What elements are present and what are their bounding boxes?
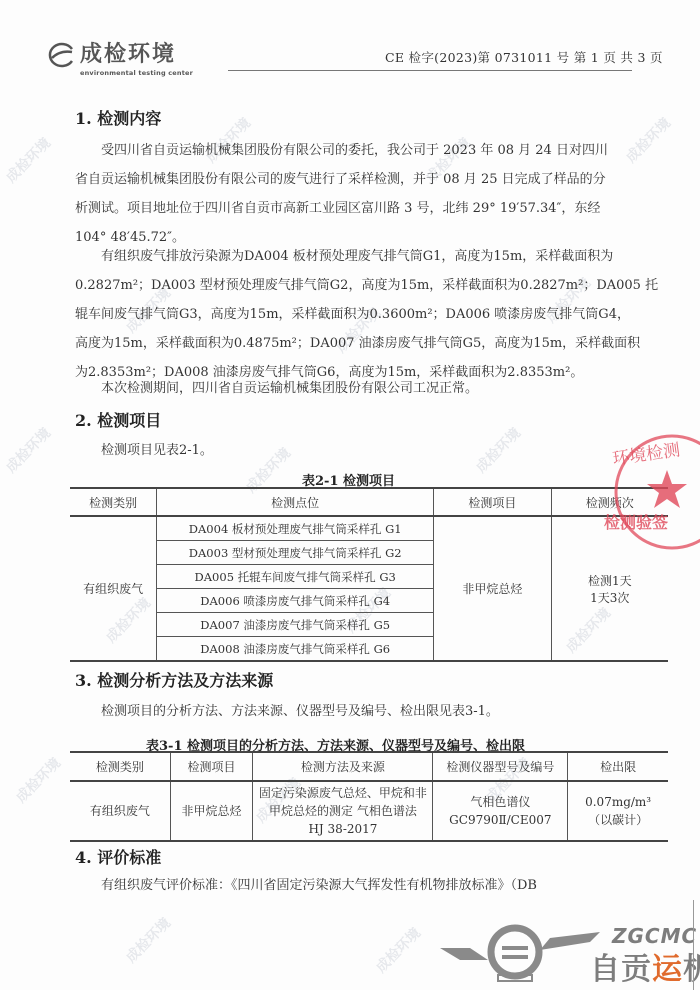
table-3-1: 检测类别 检测项目 检测方法及来源 检测仪器型号及编号 检出限 有组织废气 非甲… — [70, 751, 668, 842]
table-header-row: 检测类别 检测点位 检测项目 检测频次 — [70, 488, 668, 516]
watermark: 成检环境 — [1, 423, 55, 477]
point-cell: DA003 型材预处理废气排气筒采样孔 G2 — [157, 541, 434, 565]
report-number: CE 检字(2023)第 0731011 号 第 1 页 共 3 页 — [385, 48, 663, 66]
company-logo: 成检环境 environmental testing center — [46, 40, 186, 80]
header-divider — [228, 70, 632, 71]
text-line: 高度为15m，采样截面积为0.4875m²；DA007 油漆房废气排气筒G5，高… — [75, 329, 635, 358]
frequency-line: 1天3次 — [556, 589, 664, 606]
section-3-title: 3. 检测分析方法及方法来源 — [75, 668, 273, 691]
page-edge-line — [693, 900, 694, 990]
item-cell: 非甲烷总烃 — [434, 516, 551, 661]
zgcmc-emblem-icon — [440, 920, 600, 982]
point-cell: DA007 油漆房废气排气筒采样孔 G5 — [157, 613, 434, 637]
point-cell: DA008 油漆房废气排气筒采样孔 G6 — [157, 637, 434, 662]
limit-line: （以碳计） — [572, 811, 664, 829]
instrument-line: 气相色谱仪 — [437, 793, 563, 811]
document-page: 成检环境 成检环境 成检环境 成检环境 成检环境 成检环境 成检环境 成检环境 … — [0, 0, 700, 990]
column-header: 检测方法及来源 — [253, 752, 433, 781]
watermark: 成检环境 — [121, 913, 175, 967]
section-4-text: 有组织废气评价标准：《四川省固定污染源大气挥发性有机物排放标准》（DB — [75, 871, 635, 900]
official-seal-stamp: 环境检测 检测验签 — [612, 432, 700, 552]
category-cell: 有组织废气 — [70, 516, 157, 661]
method-line: 固定污染源废气总烃、甲烷和非 — [257, 784, 428, 802]
text-line: 析测试。项目地址位于四川省自贡市高新工业园区富川路 3 号，北纬 29° 19′… — [75, 194, 635, 223]
footer-logo-chinese: 自贡运机 — [590, 944, 700, 988]
section-2-intro: 检测项目见表2-1。 — [75, 436, 635, 465]
watermark: 成检环境 — [11, 753, 65, 807]
footer-logo-text-highlight: 运 — [652, 952, 683, 987]
text-line: 有组织废气评价标准：《四川省固定污染源大气挥发性有机物排放标准》（DB — [75, 871, 635, 900]
text-line: 有组织废气排放污染源为DA004 板材预处理废气排气筒G1，高度为15m，采样截… — [75, 242, 635, 271]
text-line: 检测项目的分析方法、方法来源、仪器型号及编号、检出限见表3-1。 — [75, 697, 635, 726]
watermark: 成检环境 — [1, 133, 55, 187]
method-line: HJ 38-2017 — [257, 820, 428, 838]
section-1-paragraph-2: 有组织废气排放污染源为DA004 板材预处理废气排气筒G1，高度为15m，采样截… — [75, 242, 635, 387]
logo-chinese-name: 成检环境 — [80, 40, 176, 70]
table-header-row: 检测类别 检测项目 检测方法及来源 检测仪器型号及编号 检出限 — [70, 752, 668, 781]
point-cell: DA004 板材预处理废气排气筒采样孔 G1 — [157, 516, 434, 541]
section-4-title: 4. 评价标准 — [75, 845, 161, 868]
column-header: 检测点位 — [157, 488, 434, 516]
section-1-title: 1. 检测内容 — [75, 106, 161, 129]
method-cell: 固定污染源废气总烃、甲烷和非 甲烷总烃的测定 气相色谱法 HJ 38-2017 — [253, 781, 433, 841]
column-header: 检出限 — [568, 752, 668, 781]
text-line: 检测项目见表2-1。 — [75, 436, 635, 465]
column-header: 检测项目 — [170, 752, 253, 781]
text-line: 辊车间废气排气筒G3，高度为15m，采样截面积为0.3600m²；DA006 喷… — [75, 300, 635, 329]
footer-logo-text: 自贡 — [590, 952, 652, 987]
point-cell: DA005 托辊车间废气排气筒采样孔 G3 — [157, 565, 434, 589]
column-header: 检测项目 — [434, 488, 551, 516]
column-header: 检测仪器型号及编号 — [433, 752, 568, 781]
detection-limit-cell: 0.07mg/m³ （以碳计） — [568, 781, 668, 841]
footer-logo-text: 机 — [683, 952, 700, 987]
column-header: 检测类别 — [70, 752, 170, 781]
section-1-paragraph-3: 本次检测期间，四川省自贡运输机械集团股份有限公司工况正常。 — [75, 374, 635, 403]
logo-english-name: environmental testing center — [80, 69, 193, 77]
instrument-line: GC9790Ⅱ/CE007 — [437, 811, 563, 829]
section-1-paragraph-1: 受四川省自贡运输机械集团股份有限公司的委托，我公司于 2023 年 08 月 2… — [75, 136, 635, 252]
item-cell: 非甲烷总烃 — [170, 781, 253, 841]
text-line: 本次检测期间，四川省自贡运输机械集团股份有限公司工况正常。 — [75, 374, 635, 403]
instrument-cell: 气相色谱仪 GC9790Ⅱ/CE007 — [433, 781, 568, 841]
section-3-intro: 检测项目的分析方法、方法来源、仪器型号及编号、检出限见表3-1。 — [75, 697, 635, 726]
footer-company-logo: ZGCMC 自贡运机 — [440, 920, 690, 985]
frequency-line: 检测1天 — [556, 572, 664, 589]
limit-line: 0.07mg/m³ — [572, 793, 664, 811]
method-line: 甲烷总烃的测定 气相色谱法 — [257, 802, 428, 820]
table-row: 有组织废气 非甲烷总烃 固定污染源废气总烃、甲烷和非 甲烷总烃的测定 气相色谱法… — [70, 781, 668, 841]
text-line: 省自贡运输机械集团股份有限公司的废气进行了采样检测，并于 08 月 25 日完成… — [75, 165, 635, 194]
watermark: 成检环境 — [371, 923, 425, 977]
logo-e-icon — [46, 42, 76, 68]
point-cell: DA006 喷漆房废气排气筒采样孔 G4 — [157, 589, 434, 613]
table-2-1: 检测类别 检测点位 检测项目 检测频次 有组织废气 DA004 板材预处理废气排… — [70, 487, 668, 662]
table-row: 有组织废气 DA004 板材预处理废气排气筒采样孔 G1 非甲烷总烃 检测1天 … — [70, 516, 668, 541]
section-2-title: 2. 检测项目 — [75, 408, 161, 431]
category-cell: 有组织废气 — [70, 781, 170, 841]
seal-bottom-text: 检测验签 — [604, 510, 668, 533]
text-line: 0.2827m²；DA003 型材预处理废气排气筒G2，高度为15m，采样截面积… — [75, 271, 635, 300]
column-header: 检测类别 — [70, 488, 157, 516]
text-line: 受四川省自贡运输机械集团股份有限公司的委托，我公司于 2023 年 08 月 2… — [75, 136, 635, 165]
